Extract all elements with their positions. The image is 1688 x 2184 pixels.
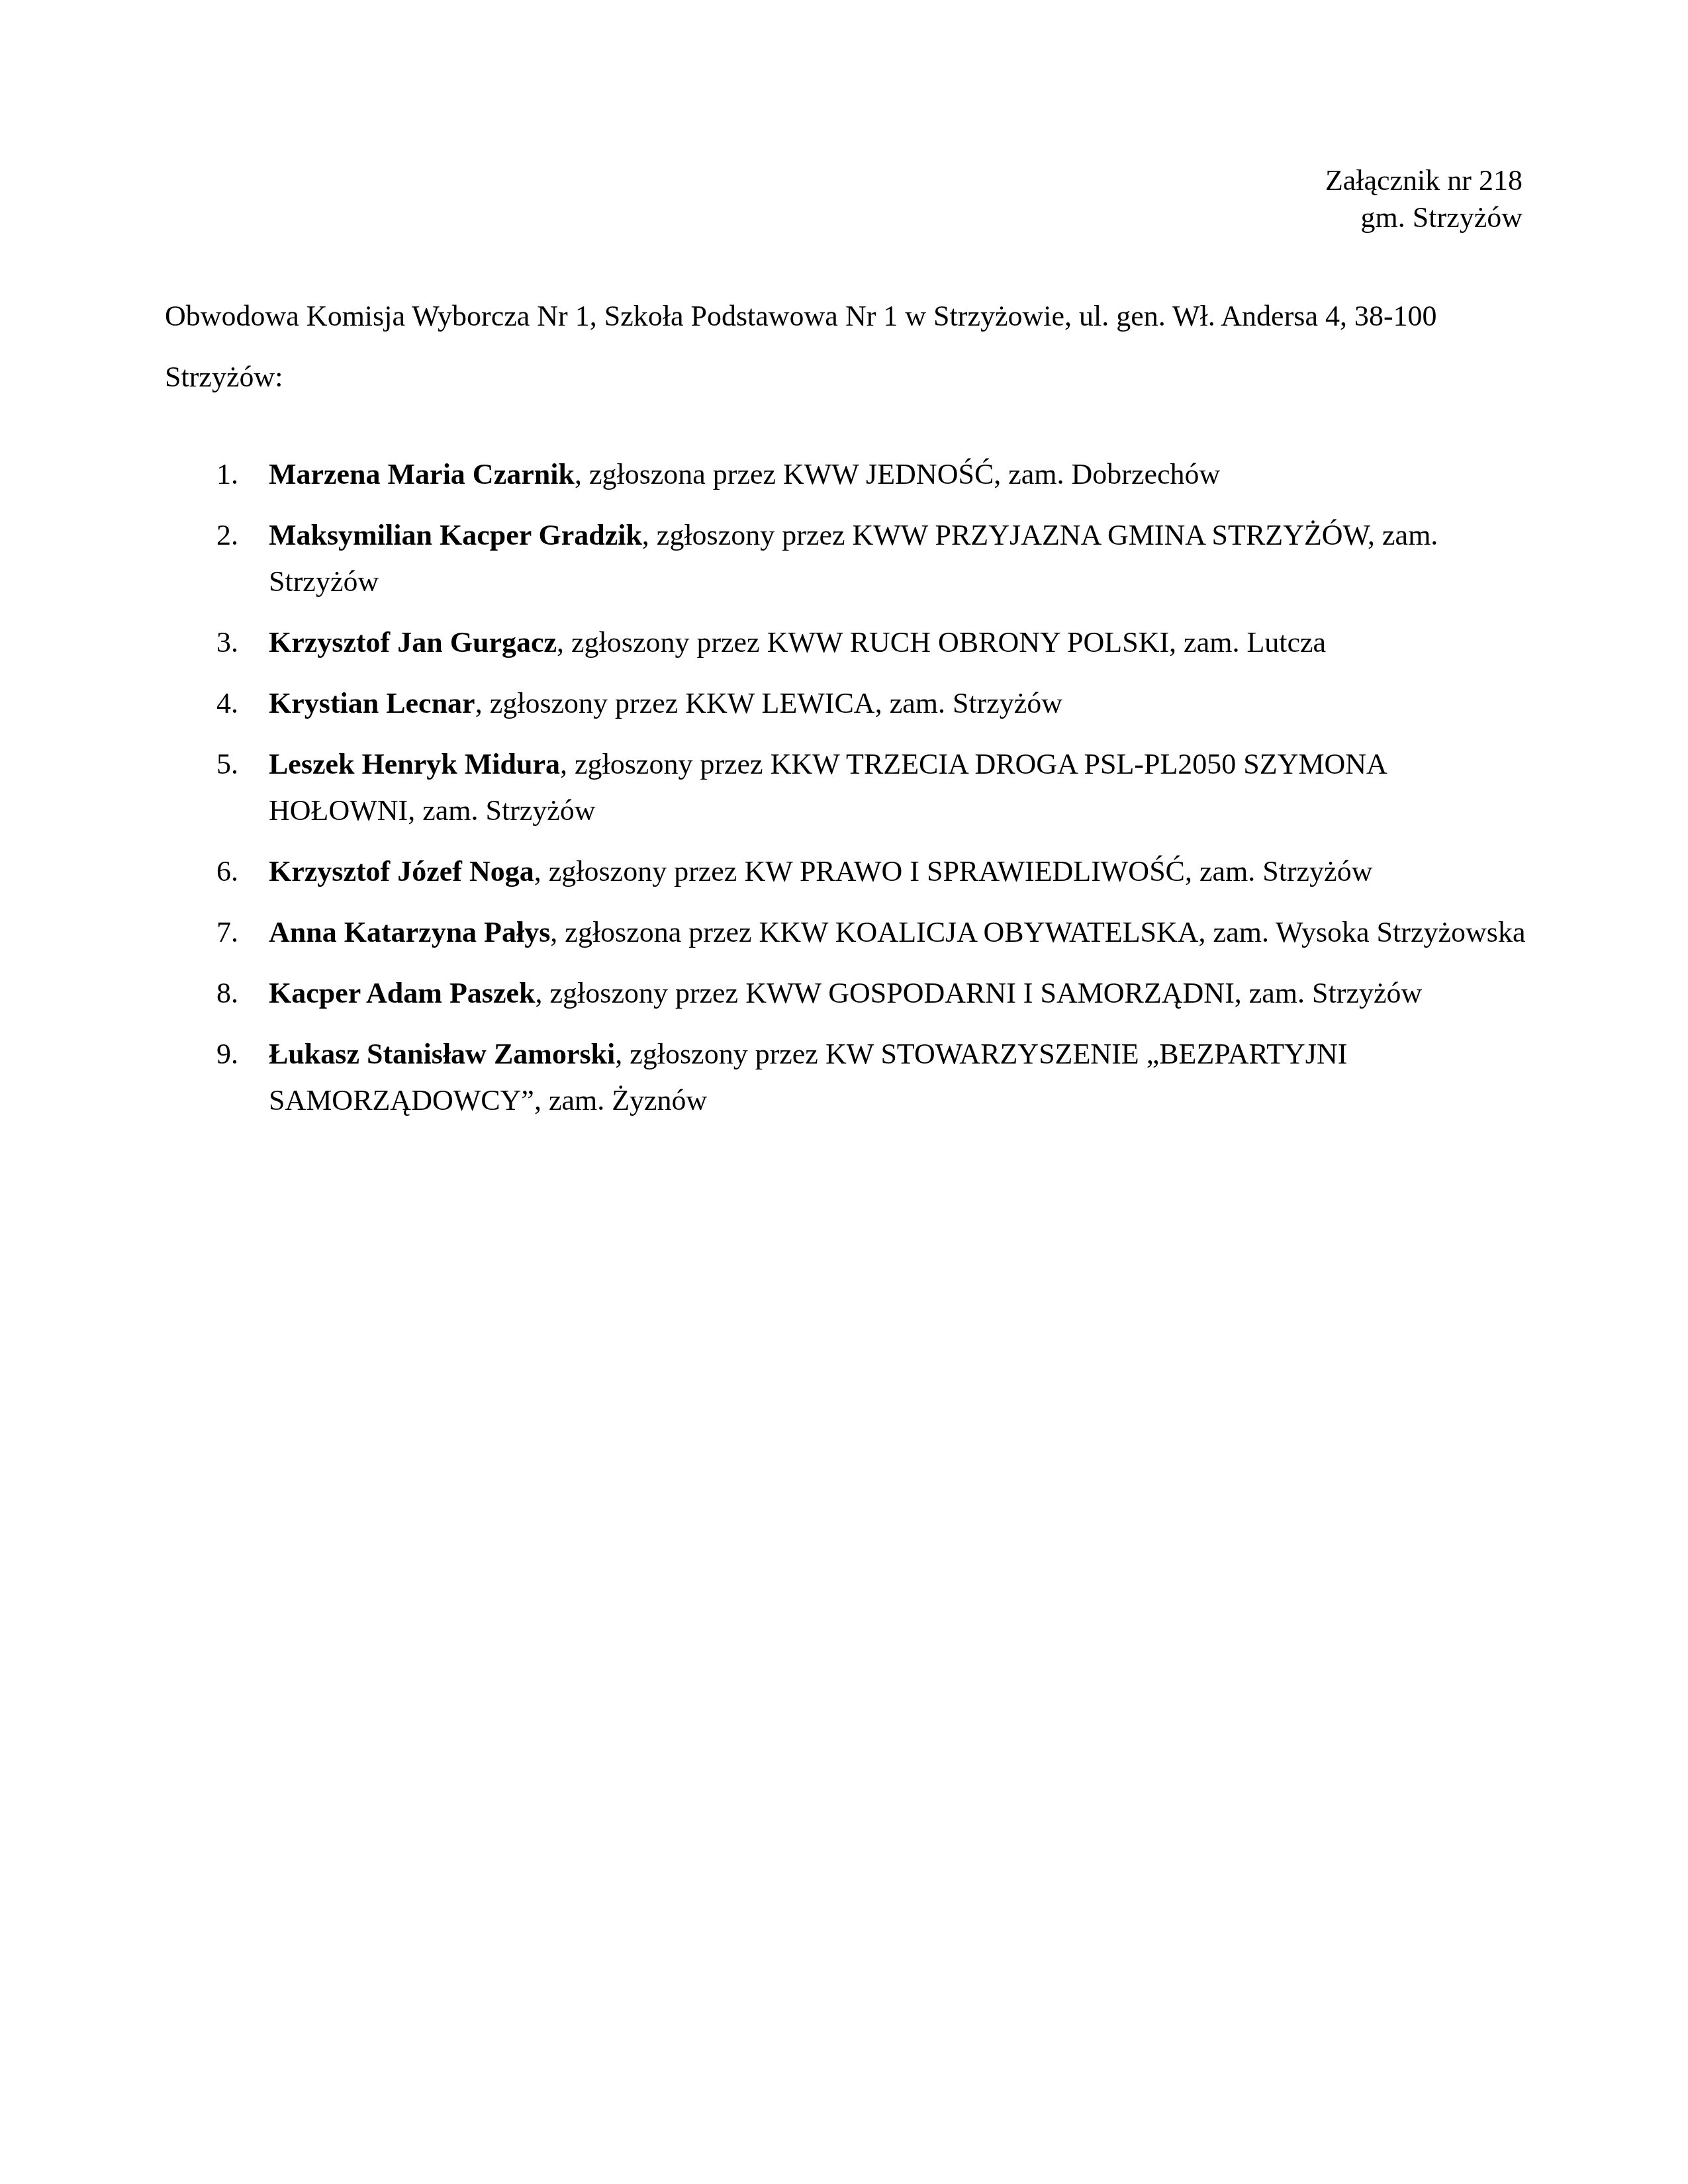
- member-name: Anna Katarzyna Pałys: [269, 916, 550, 948]
- item-number: 5.: [216, 741, 238, 788]
- item-number: 3.: [216, 619, 238, 666]
- member-name: Maksymilian Kacper Gradzik: [269, 519, 642, 551]
- list-item: 7.Anna Katarzyna Pałys, zgłoszona przez …: [165, 909, 1528, 956]
- member-name: Kacper Adam Paszek: [269, 977, 536, 1009]
- item-number: 9.: [216, 1031, 238, 1077]
- list-item: 4.Krystian Lecnar, zgłoszony przez KKW L…: [165, 680, 1528, 727]
- member-name: Łukasz Stanisław Zamorski: [269, 1038, 615, 1070]
- item-number: 6.: [216, 848, 238, 895]
- list-item: 2.Maksymilian Kacper Gradzik, zgłoszony …: [165, 512, 1528, 605]
- municipality-name: gm. Strzyżów: [1325, 199, 1523, 236]
- member-name: Krzysztof Józef Noga: [269, 855, 534, 887]
- member-details: , zgłoszony przez KWW GOSPODARNI I SAMOR…: [536, 977, 1423, 1009]
- member-name: Krystian Lecnar: [269, 687, 475, 719]
- list-item: 6.Krzysztof Józef Noga, zgłoszony przez …: [165, 848, 1528, 895]
- members-list: 1.Marzena Maria Czarnik, zgłoszona przez…: [165, 451, 1528, 1138]
- item-number: 7.: [216, 909, 238, 956]
- list-item: 1.Marzena Maria Czarnik, zgłoszona przez…: [165, 451, 1528, 498]
- item-number: 1.: [216, 451, 238, 498]
- item-number: 4.: [216, 680, 238, 727]
- member-details: , zgłoszony przez KW PRAWO I SPRAWIEDLIW…: [534, 855, 1373, 887]
- member-name: Leszek Henryk Midura: [269, 748, 560, 780]
- attachment-number: Załącznik nr 218: [1325, 162, 1523, 199]
- member-name: Krzysztof Jan Gurgacz: [269, 626, 557, 659]
- list-item: 9.Łukasz Stanisław Zamorski, zgłoszony p…: [165, 1031, 1528, 1124]
- document-page: Załącznik nr 218 gm. Strzyżów Obwodowa K…: [0, 0, 1688, 2184]
- list-item: 8.Kacper Adam Paszek, zgłoszony przez KW…: [165, 970, 1528, 1017]
- commission-description: Obwodowa Komisja Wyborcza Nr 1, Szkoła P…: [165, 286, 1528, 408]
- member-name: Marzena Maria Czarnik: [269, 458, 575, 490]
- member-details: , zgłoszony przez KKW LEWICA, zam. Strzy…: [475, 687, 1062, 719]
- member-details: , zgłoszona przez KKW KOALICJA OBYWATELS…: [550, 916, 1525, 948]
- member-details: , zgłoszona przez KWW JEDNOŚĆ, zam. Dobr…: [575, 458, 1220, 490]
- list-item: 5.Leszek Henryk Midura, zgłoszony przez …: [165, 741, 1528, 834]
- item-number: 8.: [216, 970, 238, 1017]
- list-item: 3.Krzysztof Jan Gurgacz, zgłoszony przez…: [165, 619, 1528, 666]
- member-details: , zgłoszony przez KWW RUCH OBRONY POLSKI…: [557, 626, 1326, 659]
- document-header: Załącznik nr 218 gm. Strzyżów: [1325, 162, 1523, 236]
- item-number: 2.: [216, 512, 238, 559]
